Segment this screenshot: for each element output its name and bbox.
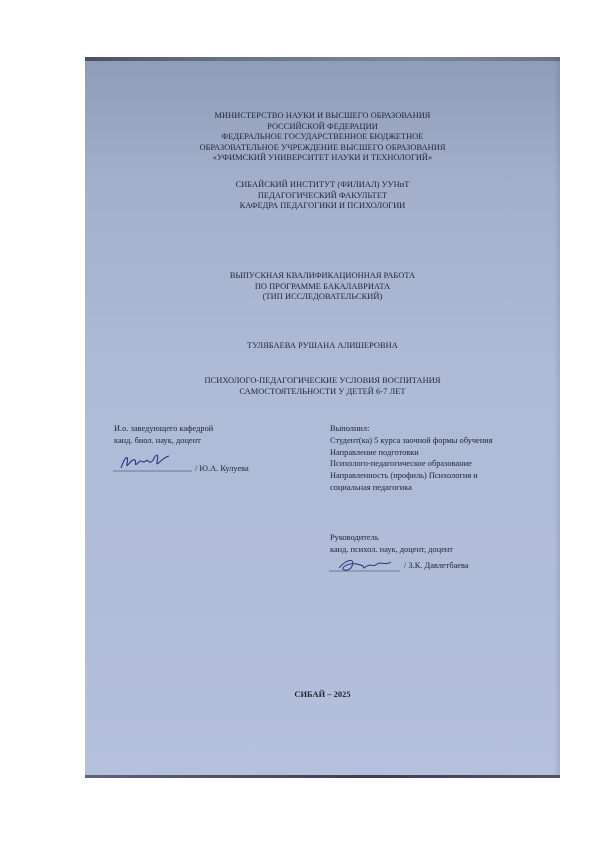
institute-line: ПЕДАГОГИЧЕСКИЙ ФАКУЛЬТЕТ (85, 191, 560, 202)
performed-line: Выполнил: (330, 423, 493, 435)
header-line: ОБРАЗОВАТЕЛЬНОЕ УЧРЕЖДЕНИЕ ВЫСШЕГО ОБРАЗ… (85, 143, 560, 154)
header-line: ФЕДЕРАЛЬНОЕ ГОСУДАРСТВЕННОЕ БЮДЖЕТНОЕ (85, 132, 560, 143)
author-name: ТУЛЯБАЕВА РУШАНА АЛИШЕРОВНА (85, 341, 560, 352)
document-photo: МИНИСТЕРСТВО НАУКИ И ВЫСШЕГО ОБРАЗОВАНИЯ… (85, 57, 560, 778)
work-type-block: ВЫПУСКНАЯ КВАЛИФИКАЦИОННАЯ РАБОТА ПО ПРО… (85, 271, 560, 303)
ministry-header: МИНИСТЕРСТВО НАУКИ И ВЫСШЕГО ОБРАЗОВАНИЯ… (85, 111, 560, 164)
header-line: «УФИМСКИЙ УНИВЕРСИТЕТ НАУКИ И ТЕХНОЛОГИЙ… (85, 153, 560, 164)
supervisor-signature (329, 554, 401, 576)
head-signature (113, 450, 193, 476)
head-degree: канд. биол. наук, доцент (114, 435, 213, 447)
handwritten-signature-icon (113, 450, 193, 476)
performed-by-block: Выполнил: Студент(ка) 5 курса заочной фо… (330, 423, 493, 494)
work-type-line: ВЫПУСКНАЯ КВАЛИФИКАЦИОННАЯ РАБОТА (85, 271, 560, 282)
performed-line: Направленность (профиль) Психология и (330, 470, 493, 482)
head-title: И.о. заведующего кафедрой (114, 423, 213, 435)
thesis-title: ПСИХОЛОГО-ПЕДАГОГИЧЕСКИЕ УСЛОВИЯ ВОСПИТА… (85, 376, 560, 397)
header-line: РОССИЙСКОЙ ФЕДЕРАЦИИ (85, 122, 560, 133)
institute-line: СИБАЙСКИЙ ИНСТИТУТ (ФИЛИАЛ) УУНиТ (85, 180, 560, 191)
performed-line: Студент(ка) 5 курса заочной формы обучен… (330, 435, 493, 447)
supervisor-block: Руководитель канд. психол. наук, доцент,… (330, 532, 453, 556)
author-name-text: ТУЛЯБАЕВА РУШАНА АЛИШЕРОВНА (85, 341, 560, 352)
title-line: САМОСТОЯТЕЛЬНОСТИ У ДЕТЕЙ 6-7 ЛЕТ (85, 387, 560, 398)
city-year-text: СИБАЙ – 2025 (85, 690, 560, 701)
supervisor-title: Руководитель (330, 532, 453, 544)
title-line: ПСИХОЛОГО-ПЕДАГОГИЧЕСКИЕ УСЛОВИЯ ВОСПИТА… (85, 376, 560, 387)
work-type-line: (ТИП ИССЛЕДОВАТЕЛЬСКИЙ) (85, 292, 560, 303)
institute-block: СИБАЙСКИЙ ИНСТИТУТ (ФИЛИАЛ) УУНиТ ПЕДАГО… (85, 180, 560, 212)
performed-line: Направление подготовки (330, 447, 493, 459)
head-signature-name: / Ю.А. Кулуева (195, 463, 249, 475)
performed-line: Психолого-педагогическое образование (330, 458, 493, 470)
institute-line: КАФЕДРА ПЕДАГОГИКИ И ПСИХОЛОГИИ (85, 201, 560, 212)
work-type-line: ПО ПРОГРАММЕ БАКАЛАВРИАТА (85, 282, 560, 293)
page-edge-shadow (554, 57, 560, 778)
supervisor-signature-name: / З.К. Давлетбаева (404, 560, 469, 572)
header-line: МИНИСТЕРСТВО НАУКИ И ВЫСШЕГО ОБРАЗОВАНИЯ (85, 111, 560, 122)
performed-line: социальная педагогика (330, 482, 493, 494)
city-year: СИБАЙ – 2025 (85, 690, 560, 701)
head-of-department-block: И.о. заведующего кафедрой канд. биол. на… (114, 423, 213, 447)
handwritten-signature-icon (329, 554, 401, 576)
